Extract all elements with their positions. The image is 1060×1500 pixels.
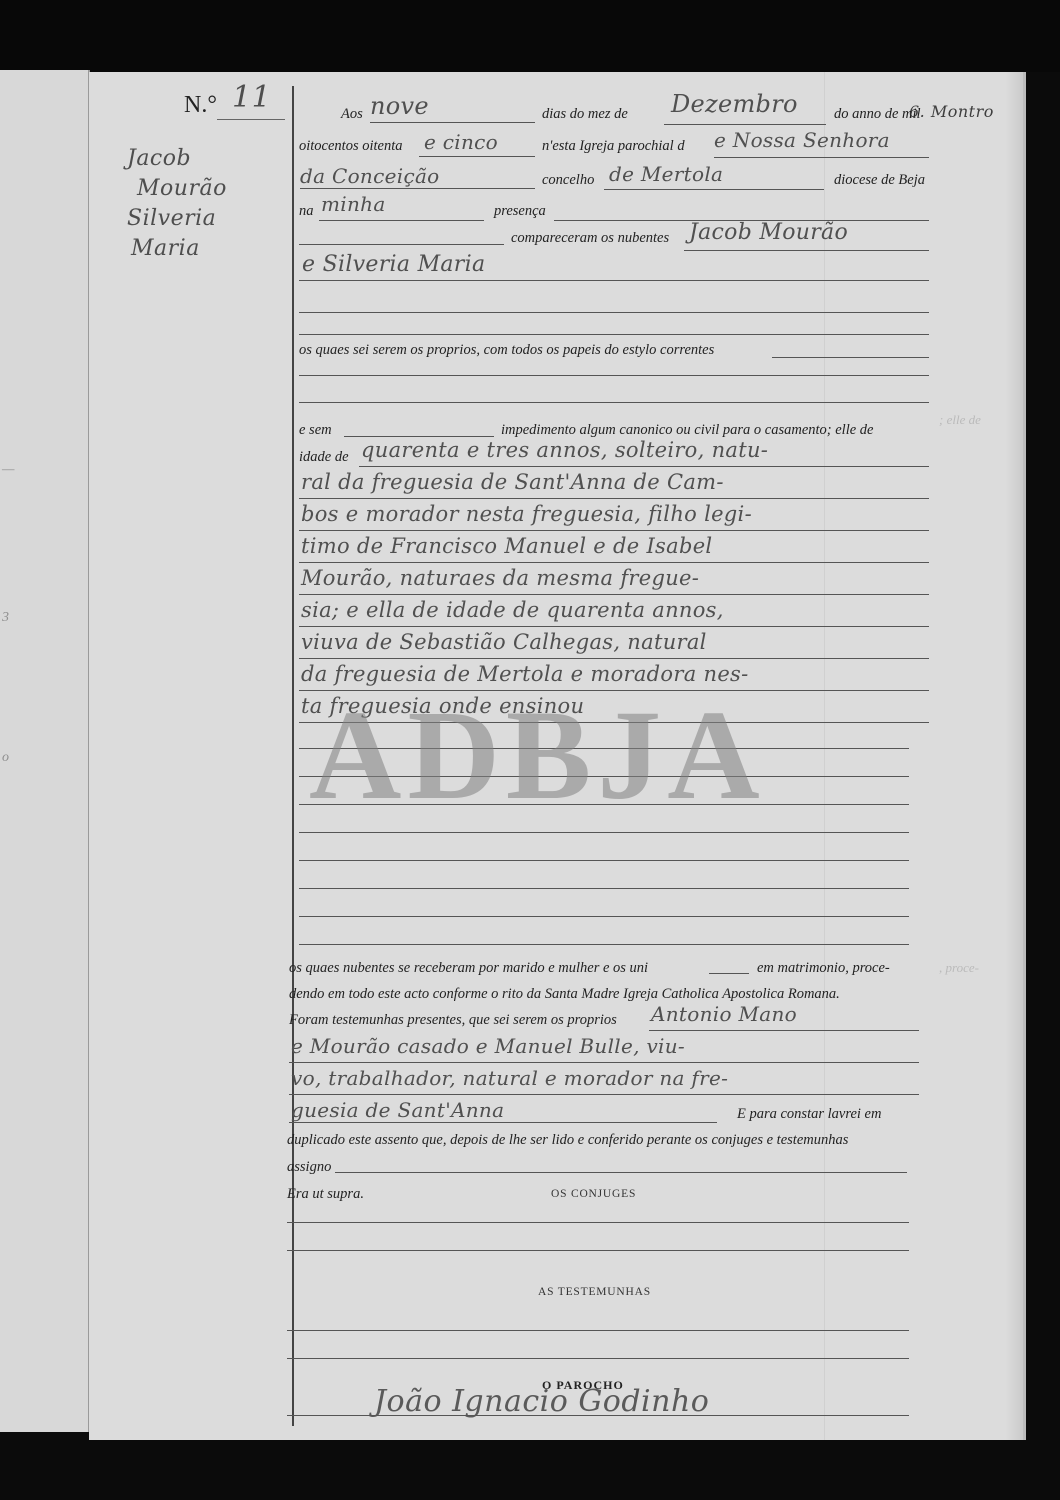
printed-text: E para constar lavrei em <box>737 1106 881 1123</box>
fill-line <box>664 124 826 125</box>
printed-text: idade de <box>299 449 349 466</box>
fill-line <box>299 626 929 627</box>
fill-line <box>299 658 929 659</box>
handwritten-groom: Jacob Mourão <box>689 220 848 245</box>
printed-text: dendo em todo este acto conforme o rito … <box>289 986 840 1003</box>
printed-text: concelho <box>542 172 594 189</box>
handwritten-concelho: de Mertola <box>609 162 723 186</box>
signature-line <box>287 1222 909 1223</box>
printed-text: presença <box>494 203 546 220</box>
handwritten-witness: guesia de Sant'Anna <box>291 1098 504 1122</box>
fill-line <box>289 1122 717 1123</box>
printed-text: oitocentos oitenta <box>299 138 403 155</box>
handwritten-line: quarenta e tres annos, solteiro, natu- <box>361 438 768 462</box>
handwritten-line: bos e morador nesta freguesia, filho leg… <box>301 502 752 526</box>
fill-line <box>299 594 929 595</box>
printed-text: Foram testemunhas presentes, que sei ser… <box>289 1012 617 1029</box>
fill-line <box>419 156 535 157</box>
printed-text: impedimento algum canonico ou civil para… <box>501 422 873 439</box>
handwritten-presence: minha <box>321 192 386 216</box>
fill-line <box>772 357 929 358</box>
printed-text: na <box>299 203 314 220</box>
priest-signature: João Ignacio Godinho <box>374 1384 709 1419</box>
fill-line <box>300 188 535 189</box>
signature-line <box>287 1415 909 1416</box>
fill-line <box>299 312 929 313</box>
fill-line <box>289 1062 919 1063</box>
fill-line <box>299 280 929 281</box>
margin-separator <box>292 86 294 1426</box>
handwritten-line: timo de Francisco Manuel e de Isabel <box>301 534 712 558</box>
printed-text: os quaes sei serem os proprios, com todo… <box>299 342 714 359</box>
margin-name: Silveria <box>127 204 287 234</box>
fill-line <box>299 244 504 245</box>
handwritten-day: nove <box>370 92 429 120</box>
printed-text: diocese de Beja <box>834 172 925 189</box>
handwritten-witness: Antonio Mano <box>651 1002 797 1026</box>
fill-line <box>299 832 909 833</box>
handwritten-line: Mourão, naturaes da mesma fregue- <box>301 566 699 590</box>
left-page-ghost-text: o <box>2 750 9 766</box>
bleed-through-text: ; elle de <box>939 412 981 428</box>
fill-line <box>604 189 824 190</box>
printed-text: e sem <box>299 422 332 439</box>
margin-name: Maria <box>127 234 287 264</box>
scan-border-top <box>0 0 1060 72</box>
fill-line <box>370 122 535 123</box>
register-page: N.° 11 Jacob Mourão Silveria Maria 6. Mo… <box>89 72 1026 1440</box>
margin-name: Mourão <box>127 174 287 204</box>
printed-text: Aos <box>341 106 363 123</box>
handwritten-witness: e Mourão casado e Manuel Bulle, viu- <box>291 1034 685 1058</box>
printed-text: compareceram os nubentes <box>511 230 669 247</box>
handwritten-month: Dezembro <box>671 90 798 118</box>
handwritten-parish-cont: da Conceição <box>300 164 440 188</box>
handwritten-line: sia; e ella de idade de quarenta annos, <box>301 598 724 622</box>
fill-line <box>714 157 929 158</box>
signature-line <box>287 1358 909 1359</box>
left-page-ghost-text: 3 <box>2 610 9 626</box>
fill-line <box>649 1030 919 1031</box>
printed-text: n'esta Igreja parochial d <box>542 138 685 155</box>
printed-text: dias do mez de <box>542 106 628 123</box>
record-number-label: N.° <box>184 92 217 119</box>
faint-fold-line <box>824 72 825 1440</box>
fill-line <box>299 402 929 403</box>
fill-line <box>359 466 929 467</box>
handwritten-bride: e Silveria Maria <box>302 252 485 277</box>
printed-text: duplicado este assento que, depois de lh… <box>287 1132 848 1149</box>
left-page-ghost-text: — <box>2 462 14 478</box>
fill-line <box>299 530 929 531</box>
margin-names: Jacob Mourão Silveria Maria <box>127 144 287 264</box>
fill-line <box>335 1172 907 1173</box>
printed-text: os quaes nubentes se receberam por marid… <box>289 960 648 977</box>
fill-line <box>299 944 909 945</box>
record-number: 11 <box>232 80 271 115</box>
margin-name: Jacob <box>127 144 287 174</box>
fill-line <box>299 562 929 563</box>
section-heading-testemunhas: AS TESTEMUNHAS <box>538 1286 651 1298</box>
fill-line <box>299 888 909 889</box>
fill-line <box>299 860 909 861</box>
fill-line <box>289 1094 919 1095</box>
section-heading-conjuges: OS CONJUGES <box>551 1188 636 1200</box>
printed-text: assigno <box>287 1159 331 1176</box>
fill-line <box>319 220 484 221</box>
corner-note: 6. Montro <box>909 102 994 121</box>
handwritten-line: ral da freguesia de Sant'Anna de Cam- <box>301 470 724 494</box>
fill-line <box>299 334 929 335</box>
fill-line <box>299 916 909 917</box>
printed-text: Era ut supra. <box>287 1186 364 1203</box>
archive-watermark: ADBJA <box>309 682 766 829</box>
handwritten-year: e cinco <box>424 130 498 154</box>
bleed-through-text: , proce- <box>939 960 979 976</box>
printed-text: do anno de mil <box>834 106 921 123</box>
record-number-line <box>217 119 285 120</box>
handwritten-witness: vo, trabalhador, natural e morador na fr… <box>291 1066 728 1090</box>
fill-line <box>344 436 494 437</box>
fill-line <box>684 250 929 251</box>
fill-line <box>709 973 749 974</box>
left-page-edge: — 3 o <box>0 70 90 1432</box>
printed-text: em matrimonio, proce- <box>757 960 890 977</box>
fill-line <box>299 498 929 499</box>
signature-line <box>287 1330 909 1331</box>
fill-line <box>299 375 929 376</box>
signature-line <box>287 1250 909 1251</box>
handwritten-line: viuva de Sebastião Calhegas, natural <box>301 630 707 654</box>
handwritten-parish: e Nossa Senhora <box>714 128 890 152</box>
